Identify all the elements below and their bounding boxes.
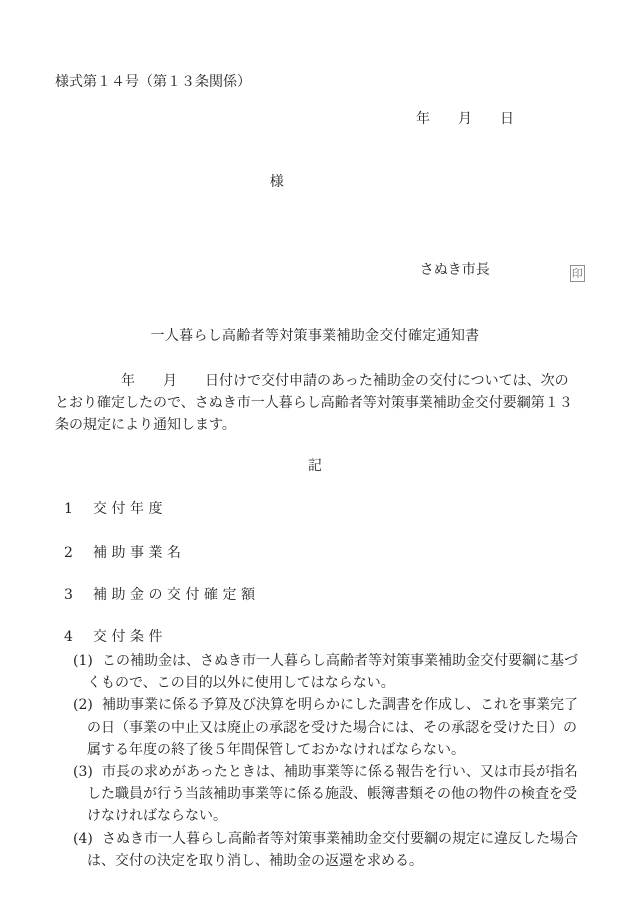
paragraph-line: とおり確定したので、さぬき市一人暮らし高齢者等対策事業補助金交付要綱第１３ <box>55 392 575 414</box>
condition-3-continuation: した職員が行う当該補助事業等に係る施設、帳簿書類その他の物件の検査を受 <box>55 783 575 805</box>
condition-1-first-line: (1) この補助金は、さぬき市一人暮らし高齢者等対策事業補助金交付要綱に基づ <box>55 650 575 672</box>
record-heading: 記 <box>55 455 575 477</box>
item-number: 1 <box>55 498 93 520</box>
paragraph-line: 年 月 日付けで交付申請のあった補助金の交付については、次の <box>55 370 575 392</box>
item-label: 補助事業名 <box>93 542 186 564</box>
item-number: 4 <box>55 626 93 648</box>
condition-2-continuation: の日（事業の中止又は廃止の承認を受けた場合には、その承認を受けた日）の <box>55 717 575 739</box>
condition-3-continuation: けなければならない。 <box>55 805 575 827</box>
item-row-grant-conditions: 4 交付条件 <box>55 626 575 648</box>
condition-text: 市長の求めがあったときは、補助事業等に係る報告を行い、又は市長が指名 <box>102 761 578 783</box>
item-row-grant-year: 1 交付年度 <box>55 498 575 520</box>
item-row-project-name: 2 補助事業名 <box>55 542 575 564</box>
paragraph-line: 条の規定により通知します。 <box>55 414 575 436</box>
issuer-name: さぬき市長 <box>420 262 490 278</box>
document-title: 一人暮らし高齢者等対策事業補助金交付確定通知書 <box>55 325 575 347</box>
condition-text: この補助金は、さぬき市一人暮らし高齢者等対策事業補助金交付要綱に基づ <box>102 650 578 672</box>
condition-2-continuation: 属する年度の終了後５年間保管しておかなければならない。 <box>55 739 575 761</box>
condition-2-first-line: (2) 補助事業に係る予算及び決算を明らかにした調書を作成し、これを事業完了 <box>55 694 575 716</box>
addressee-honorific: 様 <box>270 174 284 190</box>
condition-4-first-line: (4) さぬき市一人暮らし高齢者等対策事業補助金交付要綱の規定に違反した場合 <box>55 828 575 850</box>
condition-number: (3) <box>73 761 102 783</box>
item-number: 3 <box>55 584 93 606</box>
issuer-line: さぬき市長印 <box>55 237 575 304</box>
document-page: 様式第１４号（第１３条関係） 年 月 日 様 さぬき市長印 一人暮らし高齢者等対… <box>0 0 630 915</box>
item-number: 2 <box>55 542 93 564</box>
condition-4-continuation: は、交付の決定を取り消し、補助金の返還を求める。 <box>55 850 575 872</box>
condition-text: さぬき市一人暮らし高齢者等対策事業補助金交付要綱の規定に違反した場合 <box>102 828 578 850</box>
item-label: 交付条件 <box>93 626 167 648</box>
condition-text: 補助事業に係る予算及び決算を明らかにした調書を作成し、これを事業完了 <box>102 694 578 716</box>
item-label: 交付年度 <box>93 498 167 520</box>
item-row-confirmed-amount: 3 補助金の交付確定額 <box>55 584 575 606</box>
condition-number: (4) <box>73 828 102 850</box>
condition-3-first-line: (3) 市長の求めがあったときは、補助事業等に係る報告を行い、又は市長が指名 <box>55 761 575 783</box>
form-number: 様式第１４号（第１３条関係） <box>55 71 575 93</box>
item-label: 補助金の交付確定額 <box>93 584 260 606</box>
document-content: 様式第１４号（第１３条関係） 年 月 日 様 さぬき市長印 一人暮らし高齢者等対… <box>0 0 630 872</box>
condition-number: (2) <box>73 694 102 716</box>
conditions-list: (1) この補助金は、さぬき市一人暮らし高齢者等対策事業補助金交付要綱に基づ く… <box>55 650 575 872</box>
condition-number: (1) <box>73 650 102 672</box>
condition-1-continuation: くもので、この目的以外に使用してはならない。 <box>55 672 575 694</box>
seal-stamp-icon: 印 <box>570 265 585 282</box>
date-blank-line: 年 月 日 <box>55 108 575 130</box>
body-paragraph: 年 月 日付けで交付申請のあった補助金の交付については、次の とおり確定したので… <box>55 370 575 436</box>
addressee-line: 様 <box>55 149 575 215</box>
